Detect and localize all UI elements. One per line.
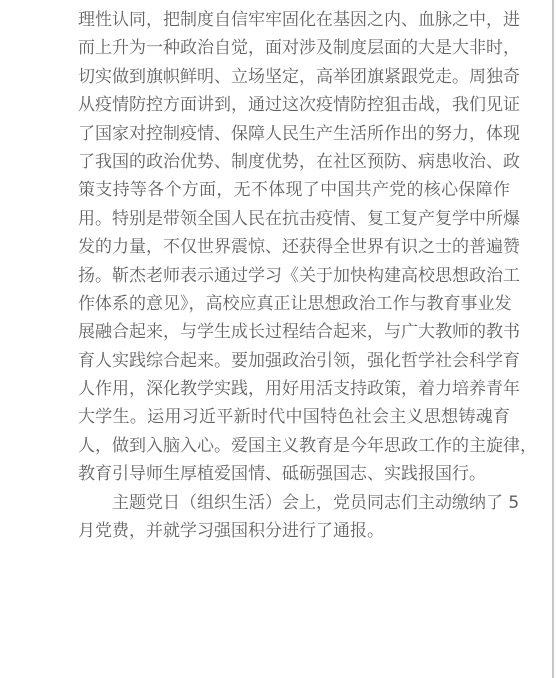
text-line: 用。特别是带领全国人民在抗击疫情、复工复产复学中所爆 — [78, 205, 510, 233]
text-line: 而上升为一种政治自觉，面对涉及制度层面的大是大非时， — [78, 34, 510, 62]
document-text-block: 理性认同，把制度自信牢牢固化在基因之内、血脉之中，进而上升为一种政治自觉，面对涉… — [78, 6, 510, 545]
text-line: 主题党日（组织生活）会上，党员同志们主动缴纳了 5 — [78, 489, 510, 517]
text-line: 人，做到入脑入心。爱国主义教育是今年思政工作的主旋律， — [78, 432, 510, 460]
text-line: 了国家对控制疫情、保障人民生产生活所作出的努力，体现 — [78, 120, 510, 148]
text-line: 人作用，深化教学实践，用好用活支持政策，着力培养青年 — [78, 375, 510, 403]
text-line: 切实做到旗帜鲜明、立场坚定，高举团旗紧跟党走。周独奇 — [78, 63, 510, 91]
text-line: 展融合起来，与学生成长过程结合起来，与广大教师的教书 — [78, 318, 510, 346]
text-line: 教育引导师生厚植爱国情、砥砺强国志、实践报国行。 — [78, 460, 510, 488]
text-line: 从疫情防控方面讲到，通过这次疫情防控狙击战，我们见证 — [78, 91, 510, 119]
text-line: 理性认同，把制度自信牢牢固化在基因之内、血脉之中，进 — [78, 6, 510, 34]
document-page: 理性认同，把制度自信牢牢固化在基因之内、血脉之中，进而上升为一种政治自觉，面对涉… — [0, 0, 557, 678]
text-line: 育人实践综合起来。要加强政治引领，强化哲学社会科学育 — [78, 347, 510, 375]
page-right-edge-line — [552, 0, 554, 678]
text-line: 大学生。运用习近平新时代中国特色社会主义思想铸魂育 — [78, 403, 510, 431]
text-line: 了我国的政治优势、制度优势，在社区预防、病患收治、政 — [78, 148, 510, 176]
text-line: 发的力量，不仅世界震惊、还获得全世界有识之士的普遍赞 — [78, 233, 510, 261]
text-line: 作体系的意见》，高校应真正让思想政治工作与教育事业发 — [78, 290, 510, 318]
text-line: 扬。靳杰老师表示通过学习《关于加快构建高校思想政治工 — [78, 262, 510, 290]
text-line: 策支持等各个方面，无不体现了中国共产党的核心保障作 — [78, 176, 510, 204]
text-line: 月党费，并就学习强国积分进行了通报。 — [78, 517, 510, 545]
